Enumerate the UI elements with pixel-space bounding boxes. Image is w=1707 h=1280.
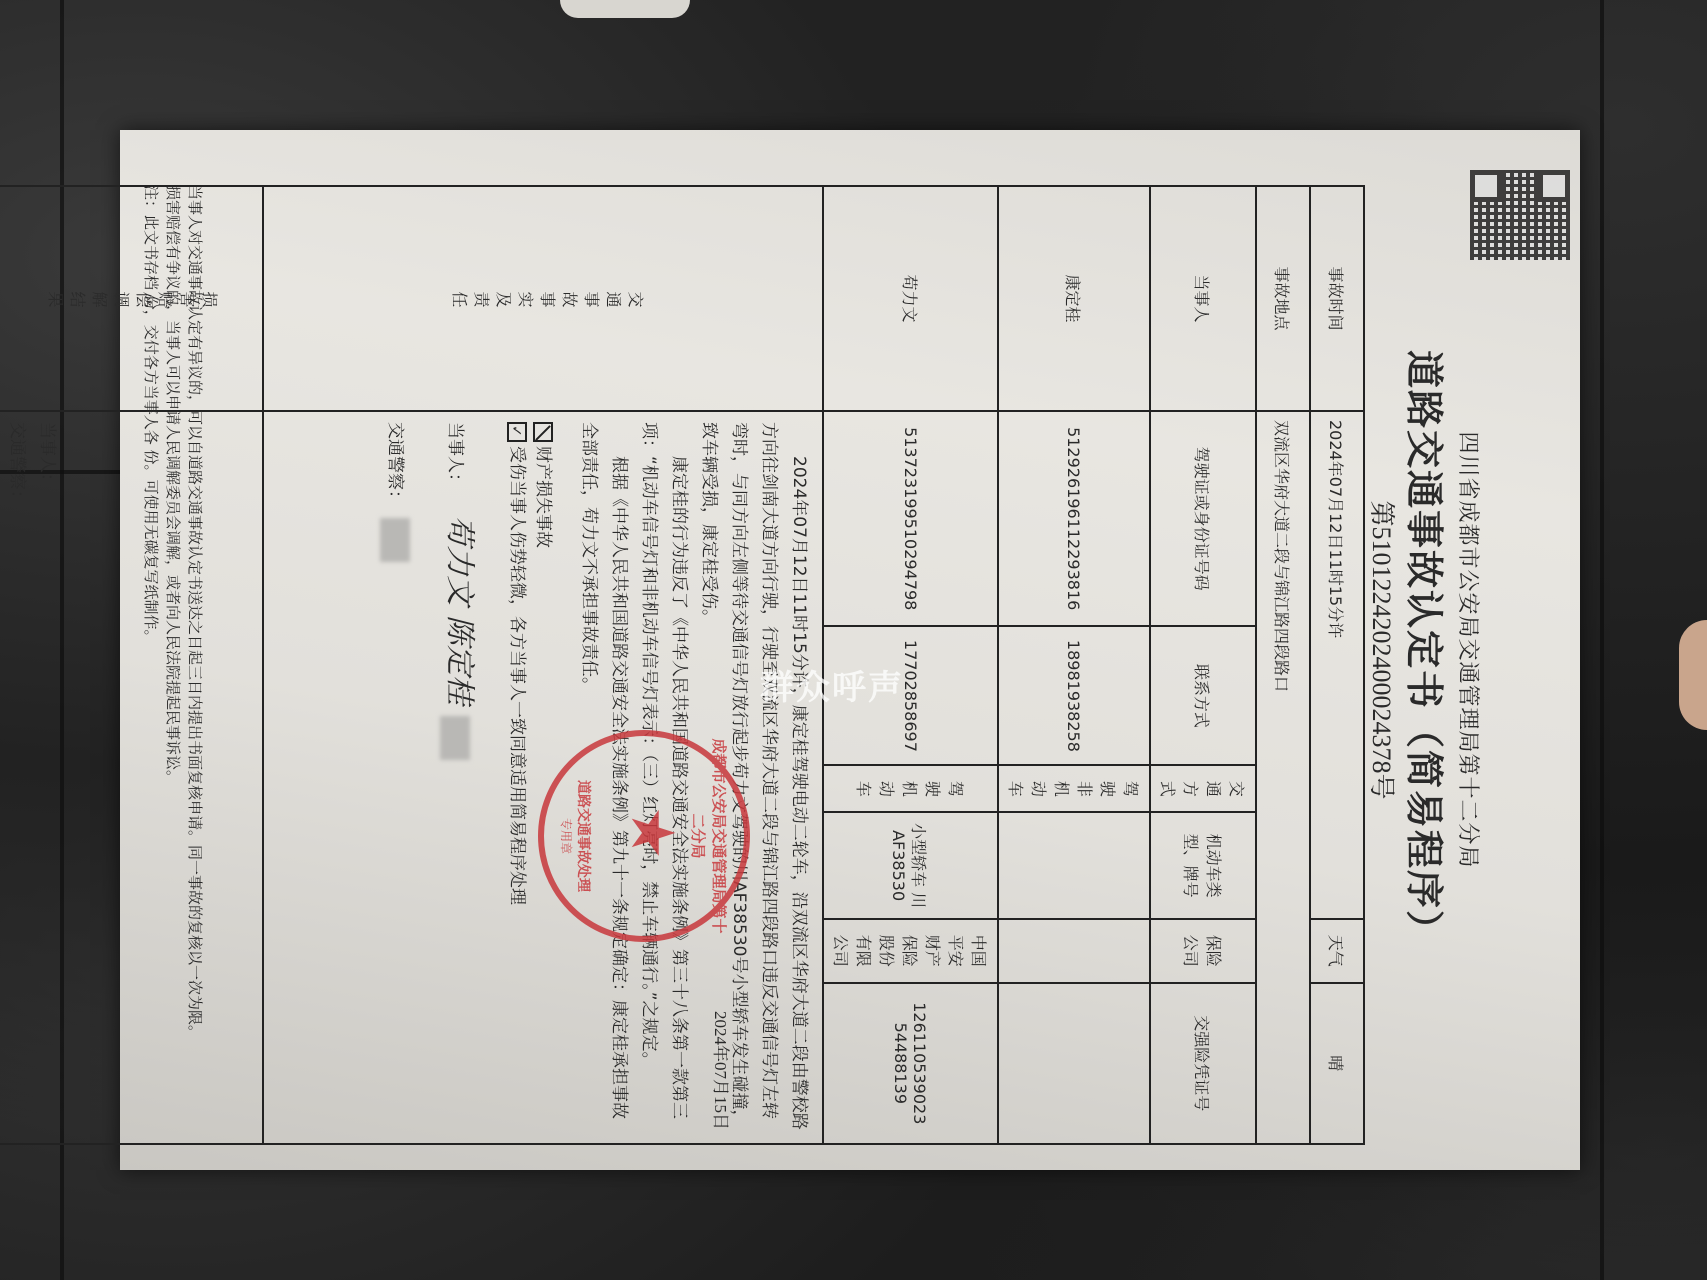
table-row: 康定桂 512926196112293816 18981938258 驾驶非机动… (998, 186, 1150, 1144)
accident-report-paper: 四川省成都市公安局交通管理局第十二分局 道路交通事故认定书（简易程序） 第510… (120, 130, 1580, 1170)
party-policy (998, 983, 1150, 1144)
facts-cell: 2024年07月12日11时15分许，康定桂驾驶电动二轮车，沿双流区华府大道二段… (263, 411, 823, 1144)
official-seal: 成都市公安局交通管理局第十二分局 ★ 道路交通事故处理 专用章 (538, 730, 750, 942)
header-vehicle: 机动车类型、牌号 (1150, 812, 1256, 918)
mediation-row: 损害赔偿调解结果 当事人： 交通警察： (0, 186, 263, 1144)
accident-time: 2024年07月12日11时15分许 (1310, 411, 1364, 919)
header-party: 当事人 (1150, 186, 1256, 411)
label-location: 事故地点 (1256, 186, 1310, 411)
redacted-mark (380, 518, 410, 562)
finger (1679, 620, 1707, 730)
star-icon: ★ (622, 806, 682, 860)
redacted-mark (440, 716, 470, 760)
mediation-party-label: 当事人： (32, 422, 62, 1133)
phone-edge (560, 0, 690, 18)
issue-date: 2024年07月15日 (710, 1011, 735, 1130)
accident-location: 双流区华府大道二段与锦江路四段路口 (1256, 411, 1310, 1144)
party-name: 康定桂 (998, 186, 1150, 411)
checkbox-crossed-icon (533, 422, 553, 442)
label-time: 事故时间 (1310, 186, 1364, 411)
party-id: 512926196112293816 (998, 411, 1150, 626)
seat-stitch (1600, 0, 1604, 1280)
weather: 晴 (1310, 983, 1364, 1144)
footnote: 注：此文书存档 份，交付各方当事人各 份。可使用无碳复写纸制作。 (140, 185, 162, 1145)
mediation-officer-label: 交通警察： (2, 422, 32, 1133)
party-header-row: 当事人 驾驶证或身份证号码 联系方式 交通方式 机动车类型、牌号 保险公司 交强… (1150, 186, 1256, 1144)
header-phone: 联系方式 (1150, 626, 1256, 765)
party-phone: 18981938258 (998, 626, 1150, 765)
party-name: 苟力文 (823, 186, 998, 411)
header-transport: 交通方式 (1150, 765, 1256, 812)
issuer: 四川省成都市公安局交通管理局第十二分局 (1454, 130, 1485, 1170)
row-location: 事故地点 双流区华府大道二段与锦江路四段路口 (1256, 186, 1310, 1144)
header-id: 驾驶证或身份证号码 (1150, 411, 1256, 626)
party-vehicle: 小型轿车 川AF38530 (823, 812, 998, 918)
label-weather: 天气 (1310, 919, 1364, 983)
facts-row: 交通事故事实及责任 2024年07月12日11时15分许，康定桂驾驶电动二轮车，… (263, 186, 823, 1144)
option-property-loss: 财产损失事故 (530, 422, 556, 1133)
officer-signature-line: 交通警察： (380, 422, 410, 1133)
footnote: 当事人对交通事故认定有异议的，可以自道路交通事故认定书送达之日起三日内提出书面复… (184, 185, 206, 1145)
party-id: 513723199510294798 (823, 411, 998, 626)
facts-label: 交通事故事实及责任 (263, 186, 823, 411)
qr-code-icon (1470, 170, 1570, 260)
party-vehicle (998, 812, 1150, 918)
party-transport: 驾驶非机动车 (998, 765, 1150, 812)
document-number: 第5101224202400024378号 (1365, 130, 1402, 1170)
party-policy: 126110539023 54488139 (823, 983, 998, 1144)
party-transport: 驾驶机动车 (823, 765, 998, 812)
mediation-label: 损害赔偿调解结果 (0, 186, 263, 411)
footnote: 损害赔偿有争议的，当事人可以申请人民调解委员会调解，或者向人民法院提起民事诉讼。 (162, 185, 184, 1145)
watermark: 群众呼声 (760, 660, 904, 709)
row-time-weather: 事故时间 2024年07月12日11时15分许 天气 晴 (1310, 186, 1364, 1144)
party-insurer (998, 919, 1150, 983)
option-minor-injury: 受伤当事人伤势轻微，各方当事人一致同意适用简易程序处理 (504, 422, 530, 1133)
party-insurer: 中国平安财产保险股份有限公司 (823, 919, 998, 983)
footnotes: 当事人对交通事故认定有异议的，可以自道路交通事故认定书送达之日起三日内提出书面复… (140, 185, 206, 1145)
document-photo: 四川省成都市公安局交通管理局第十二分局 道路交通事故认定书（简易程序） 第510… (120, 130, 1580, 1170)
header-insurer: 保险公司 (1150, 919, 1256, 983)
mediation-cell: 当事人： 交通警察： (0, 411, 263, 1144)
header-policy: 交强险凭证号 (1150, 983, 1256, 1144)
document-title: 道路交通事故认定书（简易程序） (1400, 130, 1455, 1170)
checkbox-checked-icon (507, 422, 527, 442)
handwritten-signatures: 苟力文 陈定桂 (442, 515, 477, 705)
party-signature-line: 当事人： 苟力文 陈定桂 (440, 422, 474, 1133)
